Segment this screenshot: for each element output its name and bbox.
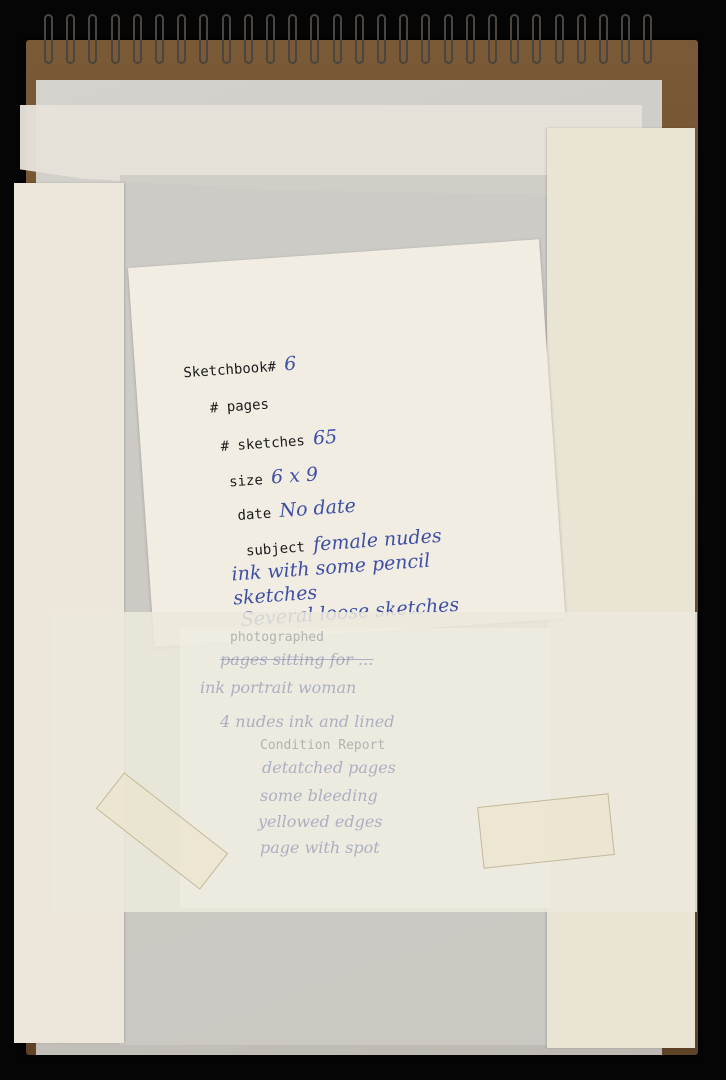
spiral-coil <box>444 14 453 64</box>
spiral-coil <box>222 14 231 64</box>
spiral-coil <box>199 14 208 64</box>
faint-line: Condition Report <box>260 738 385 753</box>
faint-line: page with spot <box>260 838 380 857</box>
faint-line: detatched pages <box>262 758 396 777</box>
faint-line: yellowed edges <box>258 812 383 831</box>
spiral-coil <box>488 14 497 64</box>
spiral-coil <box>288 14 297 64</box>
field-sketches: # sketches 65 <box>220 426 338 456</box>
spiral-coil <box>510 14 519 64</box>
field-sketchbook: Sketchbook# 6 <box>183 353 298 383</box>
struck-line: pages sitting for ... <box>220 650 373 669</box>
field-date: date No date <box>237 495 357 525</box>
photographed-text: photographed <box>230 630 324 645</box>
spiral-coil <box>643 14 652 64</box>
spiral-coil <box>133 14 142 64</box>
spiral-coil <box>377 14 386 64</box>
spiral-coil <box>66 14 75 64</box>
spiral-coil <box>599 14 608 64</box>
spiral-coil <box>177 14 186 64</box>
spiral-coil <box>421 14 430 64</box>
spiral-coil <box>466 14 475 64</box>
field-pages: # pages <box>209 397 269 417</box>
faint-line: some bleeding <box>260 786 378 805</box>
spiral-coil <box>244 14 253 64</box>
spiral-coil <box>621 14 630 64</box>
spiral-coil <box>266 14 275 64</box>
archival-label: Sketchbook# 6 # pages # sketches 65 size… <box>128 239 566 647</box>
spiral-coil <box>155 14 164 64</box>
field-size: size 6 x 9 <box>228 463 318 491</box>
faint-line: ink portrait woman <box>200 678 356 697</box>
spiral-coil <box>88 14 97 64</box>
spiral-coil <box>555 14 564 64</box>
faint-line: 4 nudes ink and lined <box>220 712 395 731</box>
spiral-coil <box>111 14 120 64</box>
spiral-coil <box>355 14 364 64</box>
spiral-coil <box>577 14 586 64</box>
spiral-coil <box>333 14 342 64</box>
spiral-coil <box>310 14 319 64</box>
spiral-coil <box>532 14 541 64</box>
spiral-coil <box>44 14 53 64</box>
spiral-coil <box>399 14 408 64</box>
